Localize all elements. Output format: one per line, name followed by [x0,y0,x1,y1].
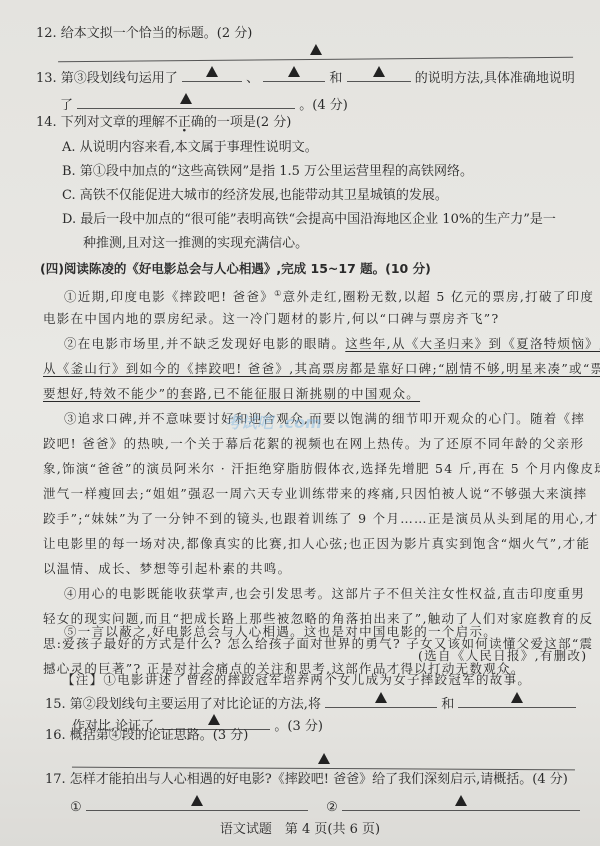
question-13-line2: 了 。(4 分) [60,92,348,115]
q14-stem-b: 的一项是(2 分) [204,115,292,130]
q13-blank-1[interactable] [182,65,242,82]
question-16: 16. 概括第④段的论证思路。(3 分) [45,727,248,745]
passage-p4-line1: ④用心的电影既能收获掌声,也会引发思考。这部片子不但关注女性权益,直击印度重男 [64,585,585,603]
q13-blank-4[interactable] [77,92,295,109]
passage-p3-line6: 让电影里的每一场对决,都像真实的比赛,扣人心弦;也正因为影片真实到饱含“烟火气”… [43,535,590,553]
watermark-logo: 考试吧 .com [225,410,322,433]
question-17: 17. 怎样才能拍出与人心相遇的好电影?《摔跤吧! 爸爸》给了我们深刻启示,请概… [45,771,568,789]
q15-prefix: 15. 第②段划线句主要运用了对比论证的方法,将 [45,697,321,712]
q14-option-a[interactable]: A. 从说明内容来看,本文属于事理性说明文。 [62,139,318,157]
p2-text-a: ②在电影市场里,并不缺乏发现好电影的眼睛。 [64,336,345,351]
question-14-stem: 14. 下列对文章的理解不正确的一项是(2 分) [36,114,291,132]
q15-and: 和 [441,697,454,712]
passage-p5-line1: ⑤一言以蔽之,好电影总会与人心相遇。这也是对中国电影的一个启示。 [64,623,497,641]
passage-p3-line5: 跤手”;“妹妹”为了一分钟不到的镜头,也跟着训练了 9 个月……正是演员从头到尾… [43,510,599,528]
q14-stem-a: 14. 下列对文章的理解 [36,115,165,130]
passage-p3-line3: 象,饰演“爸爸”的演员阿米尔 · 汗拒绝穿脂肪假体衣,选择先增肥 54 斤,再在… [43,460,600,478]
answer-marker-icon [208,714,220,725]
emphasized-not-correct: 不正确 [165,115,204,130]
underlined-sentence: 这些年,从《大圣归来》到《夏洛特烦恼》, [345,336,600,351]
q14-option-c[interactable]: C. 高铁不仅能促进大城市的经济发展,也能带动其卫星城镇的发展。 [62,187,448,205]
passage-footnote: 【注】①电影讲述了曾经的摔跤冠军培养两个女儿成为女子摔跤冠军的故事。 [62,671,531,689]
question-12: 12. 给本文拟一个恰当的标题。(2 分) [36,25,252,43]
q17-blank-1[interactable] [86,794,308,811]
q14-option-d-cont: 种推测,且对这一推测的实现充满信心。 [83,235,308,253]
q15-blank-1[interactable] [325,691,437,708]
q17-answer-row: ① ② [70,794,580,817]
passage-p1-line2: 电影在中国内地的票房纪录。这一冷门题材的影片,何以“口碑与票房齐飞”? [43,310,499,328]
answer-marker-icon [191,795,203,806]
footnote-ref[interactable]: ① [274,289,282,298]
q12-answer-blank[interactable] [58,41,573,62]
q13-prefix: 13. 第③段划线句运用了 [36,71,178,86]
q14-option-b[interactable]: B. 第①段中加点的“这些高铁网”是指 1.5 万公里运营里程的高铁网络。 [62,163,473,181]
answer-marker-icon [455,795,467,806]
page-footer: 语文试题 第 4 页(共 6 页) [0,818,600,837]
section-4-heading: (四)阅读陈凌的《好电影总会与人心相遇》,完成 15~17 题。(10 分) [40,260,431,278]
q13-blank-3[interactable] [347,65,411,82]
p1-text-a: ①近期,印度电影《摔跤吧! 爸爸》 [64,289,274,304]
passage-p3-line1: ③追求口碑,并不意味要讨好和迎合观众,而要以饱满的细节叩开观众的心门。随着《摔 [64,410,585,428]
answer-marker-icon [373,66,385,77]
answer-marker-icon [180,93,192,104]
q14-option-d[interactable]: D. 最后一段中加点的“很可能”表明高铁“会提高中国沿海地区企业 10%的生产力… [62,211,556,229]
passage-p3-line4: 泄气一样瘦回去;“姐姐”强忍一周六天专业训练带来的疼痛,只因怕被人说“不够强大来… [43,485,587,503]
q15-blank-2[interactable] [458,691,576,708]
q13-suffix: 的说明方法,具体准确地说明 [415,71,575,86]
passage-p2-line3: 要想好,特效不能少”的套路,已不能征服日渐挑剔的中国观众。 [43,385,420,403]
answer-marker-icon [309,44,321,55]
passage-p2-line2: 从《釜山行》到如今的《摔跤吧! 爸爸》,其高票房都是靠好口碑;“剧情不够,明星来… [43,360,600,378]
q13-and: 和 [329,71,342,86]
passage-p2-line1: ②在电影市场里,并不缺乏发现好电影的眼睛。这些年,从《大圣归来》到《夏洛特烦恼》… [64,335,600,353]
answer-marker-icon [511,692,523,703]
q16-answer-blank[interactable] [72,751,575,771]
q13-score: 。(4 分) [299,98,348,113]
p1-text-b: 意外走红,圈粉无数,以超 5 亿元的票房,打破了印度 [283,289,595,304]
q17-label-1: ① [70,800,82,815]
q13-blank-2[interactable] [263,65,325,82]
passage-p3-line7: 以温情、成长、梦想等引起朴素的共鸣。 [43,560,291,578]
q17-label-2: ② [326,800,338,815]
question-15-line1: 15. 第②段划线句主要运用了对比论证的方法,将 和 [45,691,576,714]
answer-marker-icon [288,66,300,77]
q15-score: 。(3 分) [274,719,323,734]
passage-source: (选自《人民日报》,有删改) [418,647,587,665]
q13-line2-prefix: 了 [60,98,73,113]
q13-separator: 、 [246,71,259,86]
answer-marker-icon [317,753,329,764]
question-13-line1: 13. 第③段划线句运用了 、 和 的说明方法,具体准确地说明 [36,65,575,88]
passage-p3-line2: 跤吧! 爸爸》的热映,一个关于幕后花絮的视频也在网上热传。为了还原不同年龄的父亲… [43,435,584,453]
answer-marker-icon [375,692,387,703]
q17-blank-2[interactable] [342,794,580,811]
passage-p1-line1: ①近期,印度电影《摔跤吧! 爸爸》①意外走红,圈粉无数,以超 5 亿元的票房,打… [64,285,594,306]
answer-marker-icon [206,66,218,77]
